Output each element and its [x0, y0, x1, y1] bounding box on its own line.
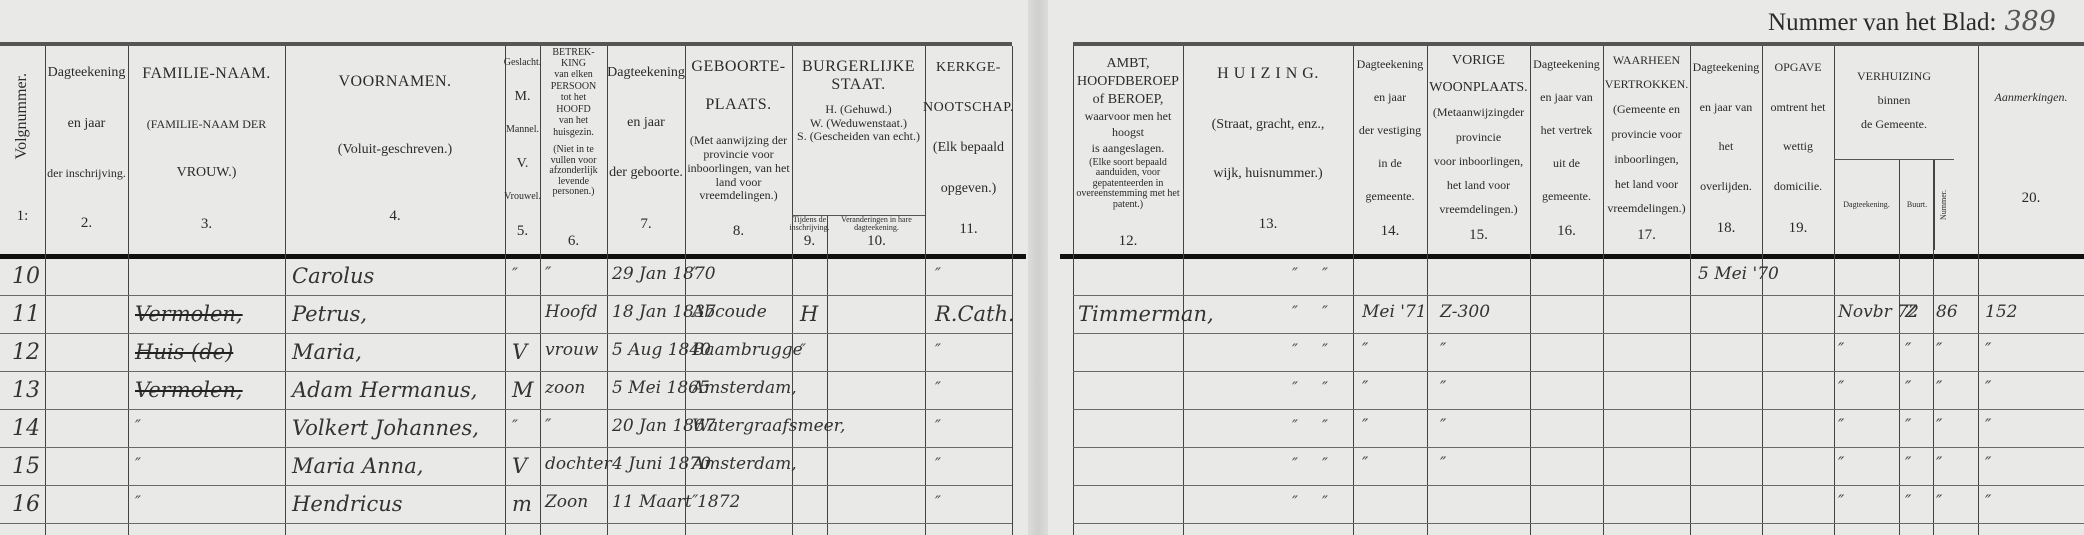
row-aanmerkingen: ″ [1985, 378, 1991, 398]
header-text: het land voor [1615, 178, 1678, 192]
header-text: Mannel. [506, 125, 539, 136]
header-text: der vestiging [1359, 124, 1421, 138]
row-verhuizing-buurt: ″ [1905, 454, 1911, 474]
row-volgnummer: 10 [12, 264, 40, 289]
header-text: van elken [554, 70, 593, 81]
header-text: (Niet in te vullen voor afzonderlijk lev… [540, 145, 607, 198]
row-line [0, 523, 1012, 524]
header-text: AMBT, [1107, 56, 1150, 72]
row-huizing-wijk: ″ [1292, 340, 1298, 359]
row-line [1073, 333, 2084, 334]
header-text: (Metaanwijzingder [1433, 106, 1524, 120]
header-text: vreemdelingen.) [1607, 202, 1685, 216]
row-line [0, 409, 1012, 410]
row-vestiging: ″ [1362, 378, 1368, 398]
header-col-number: 18. [1717, 220, 1736, 237]
row-verhuizing-datum: ″ [1838, 454, 1844, 474]
row-line [0, 447, 1012, 448]
header-text: het land voor [1447, 179, 1510, 193]
row-geboortedatum: 29 Jan 1870 [612, 264, 716, 284]
header-text: (FAMILIE-NAAM DER [147, 118, 266, 132]
row-overlijden: 5 Mei '70 [1698, 264, 1779, 284]
row-familienaam: ″ [135, 416, 141, 435]
header-veranderingen: Veranderingen in hare dagteekening. 10. [828, 216, 925, 250]
row-geslacht: V [512, 454, 527, 478]
header-text: Veranderingen in hare dagteekening. [828, 216, 925, 233]
row-line [1073, 409, 2084, 410]
row-familienaam: Vermolen, [135, 378, 243, 402]
header-text: BETREK-KING [540, 48, 607, 69]
sheet-number-label: Nummer van het Blad: [1768, 9, 1996, 36]
header-top-rule-left [0, 42, 1012, 46]
header-text: KERKGE- [936, 60, 1001, 76]
header-col-number: 12. [1119, 233, 1138, 250]
header-verhuizing-sub: Dagteekening. Buurt. Nummer. [1834, 159, 1954, 250]
row-verhuizing-buurt: ″ [1905, 416, 1911, 436]
row-verhuizing-nummer: 86 [1936, 302, 1958, 322]
row-huizing-wijk: ″ [1292, 492, 1298, 511]
row-aanmerkingen: ″ [1985, 492, 1991, 512]
sheet-number: Nummer van het Blad:389 [1768, 6, 2056, 37]
header-burgerlijke-staat: BURGERLIJKE STAAT. H. (Gehuwd.) W. (Wedu… [792, 48, 925, 250]
header-text: Geslacht. [504, 58, 542, 69]
row-verhuizing-datum: ″ [1838, 492, 1844, 512]
row-huizing-wijk: ″ [1292, 454, 1298, 473]
row-verhuizing-datum: ″ [1838, 416, 1844, 436]
header-text: of BEROEP, [1093, 92, 1164, 108]
header-vorige-woonplaats: VORIGE WOONPLAATS. (Metaanwijzingder pro… [1427, 48, 1530, 250]
header-text: GEBOORTE- [691, 58, 785, 76]
row-verhuizing-nummer: ″ [1936, 340, 1942, 360]
row-huizing-nummer: ″ [1322, 454, 1328, 473]
header-text: Nummer. [1940, 190, 1948, 220]
row-geslacht: ″ [512, 264, 518, 283]
row-volgnummer: 12 [12, 340, 40, 365]
header-text: H U I Z I N G. [1217, 65, 1319, 83]
header-aanmerkingen: Aanmerkingen. 20. [1978, 48, 2084, 250]
row-betrekking: Zoon [545, 492, 588, 512]
header-text: W. (Weduwenstaat.) [810, 117, 907, 131]
header-text: Tijdens de inschrijving. [789, 216, 829, 233]
header-text: VERTROKKEN. [1605, 78, 1689, 92]
header-text: huisgezin. [553, 128, 594, 139]
row-vorige-woonplaats: Z-300 [1440, 302, 1490, 322]
row-burgerlijke-staat: ″ [800, 340, 806, 359]
header-tijdens-inschrijving: Tijdens de inschrijving. 9. [792, 216, 828, 250]
header-col-number: 14. [1381, 223, 1400, 240]
header-dagteekening-inschrijving: Dagteekening en jaar der inschrijving. 2… [45, 48, 128, 250]
header-text: PERSOON [551, 82, 597, 93]
row-vestiging: ″ [1362, 340, 1368, 360]
header-text: gemeente. [1366, 190, 1415, 204]
row-geboorteplaats: Amsterdam, [692, 378, 797, 398]
header-text: wijk, huisnummer.) [1213, 166, 1322, 182]
row-kerkgenootschap: ″ [935, 454, 941, 473]
row-geslacht: ″ [512, 416, 518, 435]
row-vorige-woonplaats: ″ [1440, 340, 1446, 360]
row-huizing-wijk: ″ [1292, 378, 1298, 397]
header-col-number: 8. [733, 223, 744, 240]
header-volgnummer: Volgnummer. 1: [0, 48, 45, 250]
row-line [1073, 523, 2084, 524]
row-voornamen: Maria Anna, [292, 454, 423, 478]
header-familienaam: FAMILIE-NAAM. (FAMILIE-NAAM DER VROUW.) … [128, 48, 285, 250]
header-col-number: 9. [804, 233, 815, 250]
header-text: Aanmerkingen. [1995, 91, 2068, 105]
row-voornamen: Hendricus [292, 492, 403, 516]
header-text: Dagteekening [1533, 58, 1600, 72]
header-col-number: 7. [640, 216, 651, 233]
header-text: HOOFD [556, 105, 590, 116]
row-line [1073, 447, 2084, 448]
row-beroep: Timmerman, [1078, 302, 1214, 326]
row-huizing-wijk: ″ [1292, 302, 1298, 321]
header-geboortedatum: Dagteekening en jaar der geboorte. 7. [607, 48, 685, 250]
row-line [1073, 371, 2084, 372]
row-huizing-nummer: ″ [1322, 416, 1328, 435]
row-voornamen: Carolus [292, 264, 374, 288]
row-volgnummer: 15 [12, 454, 40, 479]
header-col-number: 20. [2022, 190, 2041, 207]
page-fold [1028, 0, 1048, 535]
header-text: het vertrek [1541, 124, 1593, 138]
row-burgerlijke-staat: H [800, 302, 818, 326]
row-aanmerkingen: ″ [1985, 340, 1991, 360]
row-geboortedatum: 11 Maart 1872 [612, 492, 740, 512]
header-bottom-rule-right [1060, 254, 2084, 259]
row-huizing-wijk: ″ [1292, 416, 1298, 435]
header-text: uit de [1553, 157, 1580, 171]
header-bottom-rule-left [0, 254, 1026, 259]
row-line [1073, 295, 2084, 296]
row-geslacht: m [512, 492, 532, 516]
row-voornamen: Adam Hermanus, [292, 378, 477, 402]
header-text: M. [515, 89, 531, 105]
row-voornamen: Maria, [292, 340, 362, 364]
header-text: wettig [1783, 140, 1813, 154]
row-vestiging: Mei '71 [1362, 302, 1427, 322]
header-overlijden: Dagteekening en jaar van het overlijden.… [1690, 48, 1762, 250]
header-text: provincie voor [1611, 128, 1681, 142]
header-text: tot het [561, 93, 586, 104]
row-huizing-nummer: ″ [1322, 302, 1328, 321]
header-burgerlijke-staat-sub: Tijdens de inschrijving. 9. Veranderinge… [792, 215, 925, 250]
row-betrekking: zoon [545, 378, 585, 398]
header-text: (Straat, gracht, enz., [1212, 117, 1325, 133]
row-verhuizing-nummer: ″ [1936, 454, 1942, 474]
row-huizing-nummer: ″ [1322, 492, 1328, 511]
header-text: FAMILIE-NAAM. [142, 65, 270, 83]
header-text: omtrent het [1771, 101, 1826, 115]
header-text: en jaar [627, 115, 665, 131]
header-text: (Met aanwijzing der provincie voor inboo… [685, 134, 792, 203]
row-aanmerkingen: 152 [1985, 302, 2017, 322]
row-verhuizing-nummer: ″ [1936, 492, 1942, 512]
row-huizing-nummer: ″ [1322, 340, 1328, 359]
header-text: der inschrijving. [47, 167, 126, 181]
header-col-number: 6. [568, 233, 579, 250]
header-text: van het [559, 116, 588, 127]
row-betrekking: ″ [545, 416, 551, 436]
header-text: binnen [1878, 94, 1911, 108]
row-vorige-woonplaats: ″ [1440, 378, 1446, 398]
header-text: PLAATS. [705, 96, 771, 114]
row-familienaam: ″ [135, 492, 141, 511]
row-volgnummer: 16 [12, 492, 40, 517]
row-vorige-woonplaats: ″ [1440, 416, 1446, 436]
header-verhuizing-dagteekening: Dagteekening. [1834, 160, 1900, 250]
row-familienaam: Huis (de) [135, 340, 233, 364]
header-text: S. (Gescheiden van echt.) [797, 130, 920, 144]
header-waarheen-vertrokken: WAARHEEN VERTROKKEN. (Gemeente en provin… [1603, 48, 1690, 250]
row-verhuizing-buurt: Z [1905, 302, 1917, 322]
row-aanmerkingen: ″ [1985, 454, 1991, 474]
header-col-number: 3. [201, 216, 212, 233]
header-col-number: 19. [1789, 220, 1808, 237]
row-verhuizing-datum: ″ [1838, 340, 1844, 360]
header-vestiging: Dagteekening en jaar der vestiging in de… [1353, 48, 1427, 250]
header-geboorteplaats: GEBOORTE- PLAATS. (Met aanwijzing der pr… [685, 48, 792, 250]
row-geslacht: M [512, 378, 534, 402]
header-text: Dagteekening [1693, 61, 1760, 75]
row-familienaam: ″ [135, 454, 141, 473]
row-huizing-nummer: ″ [1322, 264, 1328, 283]
row-kerkgenootschap: ″ [935, 416, 941, 435]
row-familienaam: Vermolen, [135, 302, 243, 326]
header-text: en jaar van [1700, 101, 1753, 115]
header-text: het [1719, 140, 1734, 154]
row-verhuizing-buurt: ″ [1905, 340, 1911, 360]
header-text: en jaar [1374, 91, 1406, 105]
row-betrekking: vrouw [545, 340, 598, 360]
header-text: Dagteekening [1357, 58, 1424, 72]
header-text: domicilie. [1774, 180, 1822, 194]
row-huizing-wijk: ″ [1292, 264, 1298, 283]
row-voornamen: Petrus, [292, 302, 367, 326]
header-text: Dagteekening [48, 65, 126, 81]
header-text: in de [1378, 157, 1402, 171]
row-volgnummer: 13 [12, 378, 40, 403]
header-text: (Elk bepaald [933, 140, 1004, 156]
header-text: VOORNAMEN. [339, 73, 452, 91]
row-volgnummer: 11 [12, 302, 40, 327]
sheet-number-value: 389 [2004, 6, 2056, 37]
header-col-number: 13. [1259, 216, 1278, 233]
header-text: vreemdelingen.) [1439, 203, 1517, 217]
header-col-number: 5. [517, 223, 528, 240]
row-geboorteplaats: ″ [692, 492, 698, 512]
header-text: VORIGE [1452, 53, 1505, 69]
header-text: en jaar van [1540, 91, 1593, 105]
header-col-number: 15. [1469, 227, 1488, 244]
header-col-number: 16. [1557, 223, 1576, 240]
header-text: Dagteekening [607, 65, 685, 81]
header-text: overlijden. [1700, 180, 1752, 194]
header-text: HOOFDBEROEP [1077, 74, 1179, 90]
header-text: Buurt. [1907, 201, 1927, 209]
header-text: STAAT. [831, 76, 885, 94]
header-text: BURGERLIJKE [802, 58, 915, 76]
row-verhuizing-buurt: ″ [1905, 492, 1911, 512]
row-volgnummer: 14 [12, 416, 40, 441]
header-text: (Gemeente en [1613, 103, 1680, 117]
header-text: de Gemeente. [1861, 118, 1927, 132]
row-geslacht: V [512, 340, 527, 364]
column-line [827, 228, 828, 535]
header-betrekking: BETREK-KING van elken PERSOON tot het HO… [540, 48, 607, 250]
header-text: NOOTSCHAP. [923, 100, 1014, 116]
row-verhuizing-datum: ″ [1838, 378, 1844, 398]
column-line [1012, 46, 1013, 535]
header-text: Dagteekening. [1843, 201, 1889, 209]
header-volgnummer-title: Volgnummer. [13, 73, 31, 159]
header-text: voor inboorlingen, [1434, 155, 1523, 169]
row-voornamen: Volkert Johannes, [292, 416, 479, 440]
row-geboorteplaats: Watergraafsmeer, [692, 416, 845, 436]
row-geboorteplaats: Amsterdam, [692, 454, 797, 474]
row-kerkgenootschap: R.Cath. [935, 302, 1015, 326]
header-col-number: 4. [389, 208, 400, 225]
row-line [0, 333, 1012, 334]
header-text: opgeven.) [941, 181, 997, 197]
header-col-number: 2. [81, 215, 92, 232]
row-betrekking: ″ [545, 264, 551, 284]
row-vestiging: ″ [1362, 416, 1368, 436]
header-vertrek: Dagteekening en jaar van het vertrek uit… [1530, 48, 1603, 250]
header-text: V. [517, 156, 529, 172]
row-kerkgenootschap: ″ [935, 378, 941, 397]
header-text: Vrouwel. [504, 192, 541, 203]
header-verhuizing-buurt: Buurt. [1900, 160, 1935, 250]
row-huizing-nummer: ″ [1322, 378, 1328, 397]
header-text: WAARHEEN [1613, 54, 1680, 68]
row-geboorteplaats: ″ [692, 264, 698, 284]
row-geboorteplaats: Abcoude [692, 302, 767, 322]
header-verhuizing-nummer: Nummer. [1935, 160, 1954, 250]
header-huizing: H U I Z I N G. (Straat, gracht, enz., wi… [1183, 48, 1353, 250]
row-geboorteplaats: Baambrugge [692, 340, 803, 360]
header-text: en jaar [68, 116, 106, 132]
header-text: waarvoor men het [1085, 110, 1172, 124]
header-text: OPGAVE [1774, 61, 1821, 75]
header-text: is aangeslagen. [1092, 142, 1165, 156]
row-betrekking: Hoofd [545, 302, 597, 322]
header-domicilie: OPGAVE omtrent het wettig domicilie. 19. [1762, 48, 1834, 250]
header-voornamen: VOORNAMEN. (Voluit-geschreven.) 4. [285, 48, 505, 250]
header-text: VROUW.) [177, 165, 237, 181]
row-betrekking: dochter [545, 454, 612, 474]
row-verhuizing-nummer: ″ [1936, 416, 1942, 436]
header-text: gemeente. [1542, 190, 1591, 204]
row-line [1073, 485, 2084, 486]
row-line [0, 295, 1012, 296]
header-kerkgenootschap: KERKGE- NOOTSCHAP. (Elk bepaald opgeven.… [925, 48, 1012, 250]
row-aanmerkingen: ″ [1985, 416, 1991, 436]
header-top-rule-right [1073, 42, 2084, 46]
header-col-number: 17. [1637, 227, 1656, 244]
header-text: (Elke soort bepaald aanduiden, voor gepa… [1073, 158, 1183, 211]
header-text: der geboorte. [609, 165, 683, 181]
row-line [0, 485, 1012, 486]
row-vorige-woonplaats: ″ [1440, 454, 1446, 474]
header-col-number: 1: [17, 208, 29, 225]
row-verhuizing-buurt: ″ [1905, 378, 1911, 398]
row-verhuizing-nummer: ″ [1936, 378, 1942, 398]
header-text: provincie [1456, 131, 1501, 145]
row-vestiging: ″ [1362, 454, 1368, 474]
header-text: WOONPLAATS. [1429, 80, 1527, 96]
header-geslacht: Geslacht. M. Mannel. V. Vrouwel. 5. [505, 48, 540, 250]
row-kerkgenootschap: ″ [935, 264, 941, 283]
row-kerkgenootschap: ″ [935, 340, 941, 359]
header-col-number: 10. [867, 233, 886, 250]
header-text: (Voluit-geschreven.) [338, 142, 452, 158]
header-beroep: AMBT, HOOFDBEROEP of BEROEP, waarvoor me… [1073, 48, 1183, 250]
header-verhuizing: VERHUIZING binnen de Gemeente. Dagteeken… [1834, 48, 1954, 250]
row-line [0, 371, 1012, 372]
header-text: H. (Gehuwd.) [825, 103, 891, 117]
header-col-number: 11. [959, 221, 977, 238]
header-text: hoogst [1112, 126, 1144, 140]
header-text: inboorlingen, [1614, 153, 1678, 167]
row-kerkgenootschap: ″ [935, 492, 941, 511]
header-text: VERHUIZING [1857, 70, 1931, 84]
